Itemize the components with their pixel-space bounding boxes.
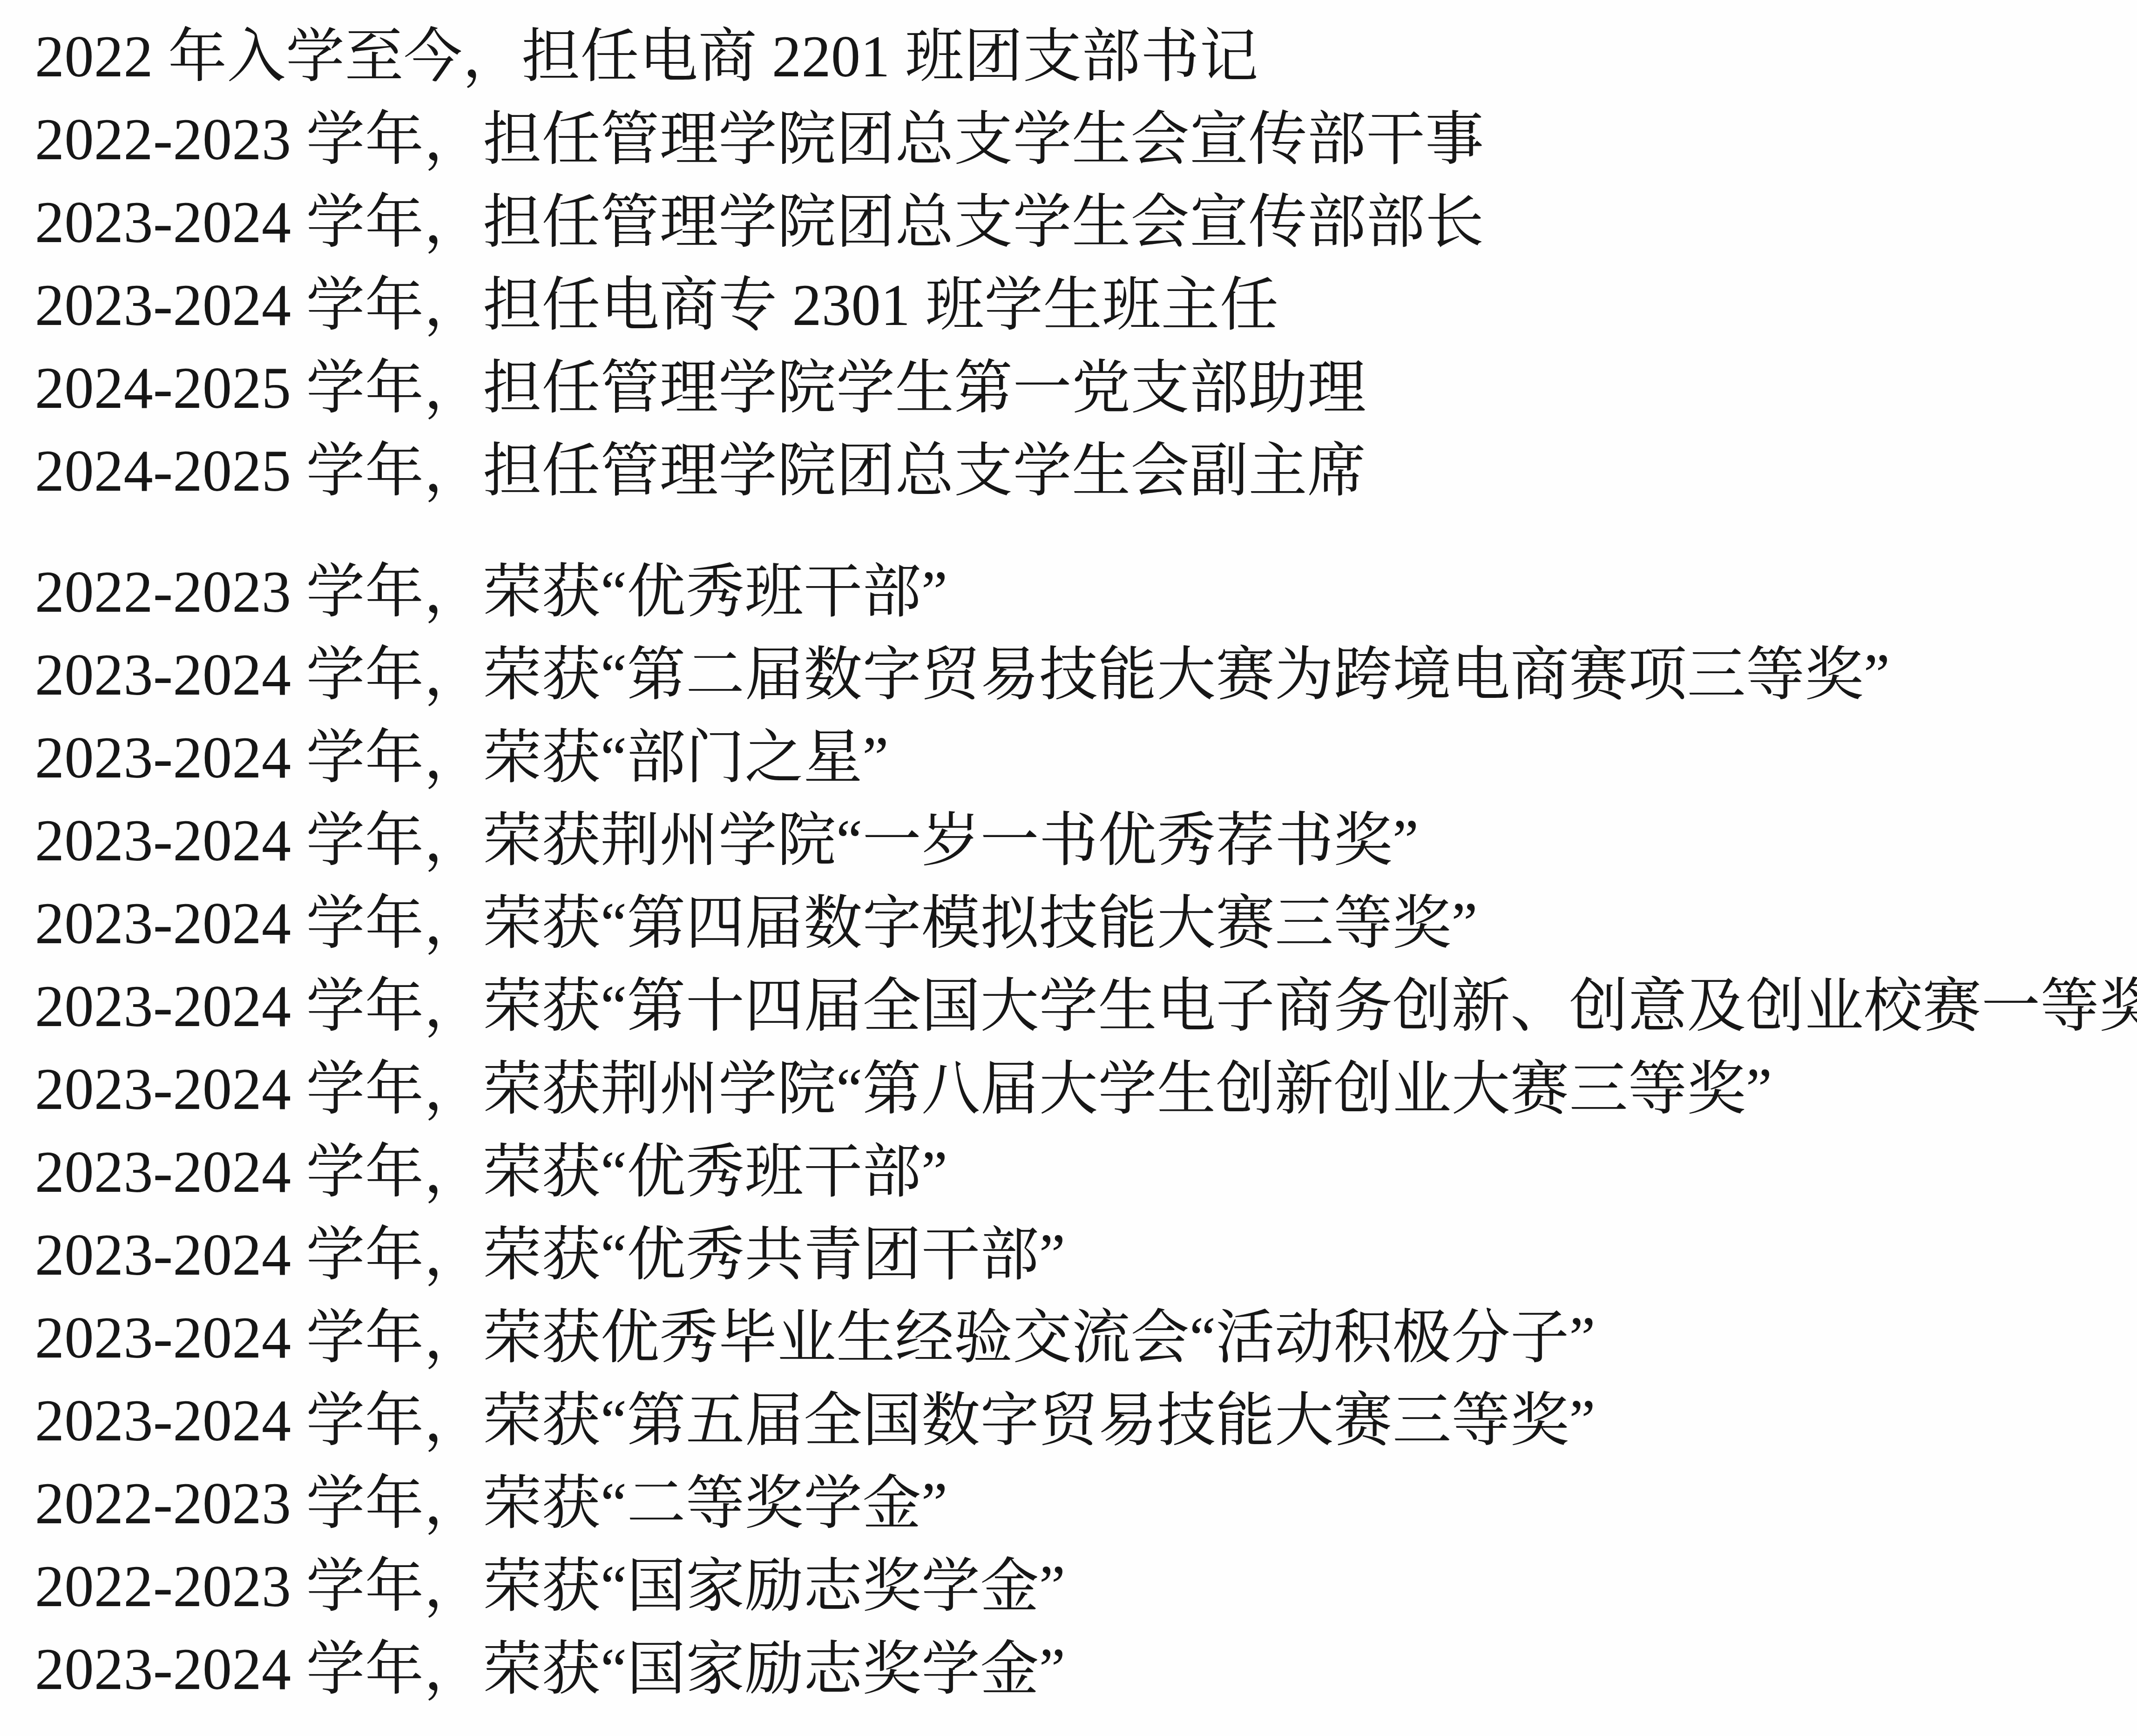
awards-section: 2022-2023 学年，荣获“优秀班干部” 2023-2024 学年，荣获“第… <box>35 551 2118 1711</box>
document-page: 2022 年入学至今，担任电商 2201 班团支部书记 2022-2023 学年… <box>0 0 2137 1736</box>
award-line: 2022-2023 学年，荣获“优秀班干部” <box>35 551 2118 634</box>
award-line: 2023-2024 学年，荣获荆州学院“一岁一书优秀荐书奖” <box>35 800 2118 883</box>
position-line: 2023-2024 学年，担任管理学院团总支学生会宣传部部长 <box>35 182 2118 264</box>
award-line: 2023-2024 学年，荣获“第五届全国数字贸易技能大赛三等奖” <box>35 1380 2118 1463</box>
award-line: 2023-2024 学年，荣获优秀毕业生经验交流会“活动积极分子” <box>35 1297 2118 1380</box>
position-line: 2024-2025 学年，担任管理学院团总支学生会副主席 <box>35 430 2118 513</box>
award-line: 2022-2023 学年，荣获“国家励志奖学金” <box>35 1546 2118 1628</box>
position-line: 2022-2023 学年，担任管理学院团总支学生会宣传部干事 <box>35 99 2118 182</box>
positions-section: 2022 年入学至今，担任电商 2201 班团支部书记 2022-2023 学年… <box>35 16 2118 513</box>
position-line: 2024-2025 学年，担任管理学院学生第一党支部助理 <box>35 347 2118 430</box>
award-line: 2023-2024 学年，荣获荆州学院“第八届大学生创新创业大赛三等奖” <box>35 1048 2118 1131</box>
position-line: 2022 年入学至今，担任电商 2201 班团支部书记 <box>35 16 2118 99</box>
award-line: 2023-2024 学年，荣获“第十四届全国大学生电子商务创新、创意及创业校赛一… <box>35 966 2118 1048</box>
award-line: 2023-2024 学年，荣获“第四届数字模拟技能大赛三等奖” <box>35 883 2118 966</box>
award-line: 2023-2024 学年，荣获“国家励志奖学金” <box>35 1628 2118 1711</box>
award-line: 2023-2024 学年，荣获“部门之星” <box>35 717 2118 800</box>
award-line: 2022-2023 学年，荣获“二等奖学金” <box>35 1463 2118 1546</box>
award-line: 2023-2024 学年，荣获“优秀共青团干部” <box>35 1214 2118 1297</box>
award-line: 2023-2024 学年，荣获“第二届数字贸易技能大赛为跨境电商赛项三等奖” <box>35 634 2118 717</box>
position-line: 2023-2024 学年，担任电商专 2301 班学生班主任 <box>35 264 2118 347</box>
award-line: 2023-2024 学年，荣获“优秀班干部” <box>35 1131 2118 1214</box>
